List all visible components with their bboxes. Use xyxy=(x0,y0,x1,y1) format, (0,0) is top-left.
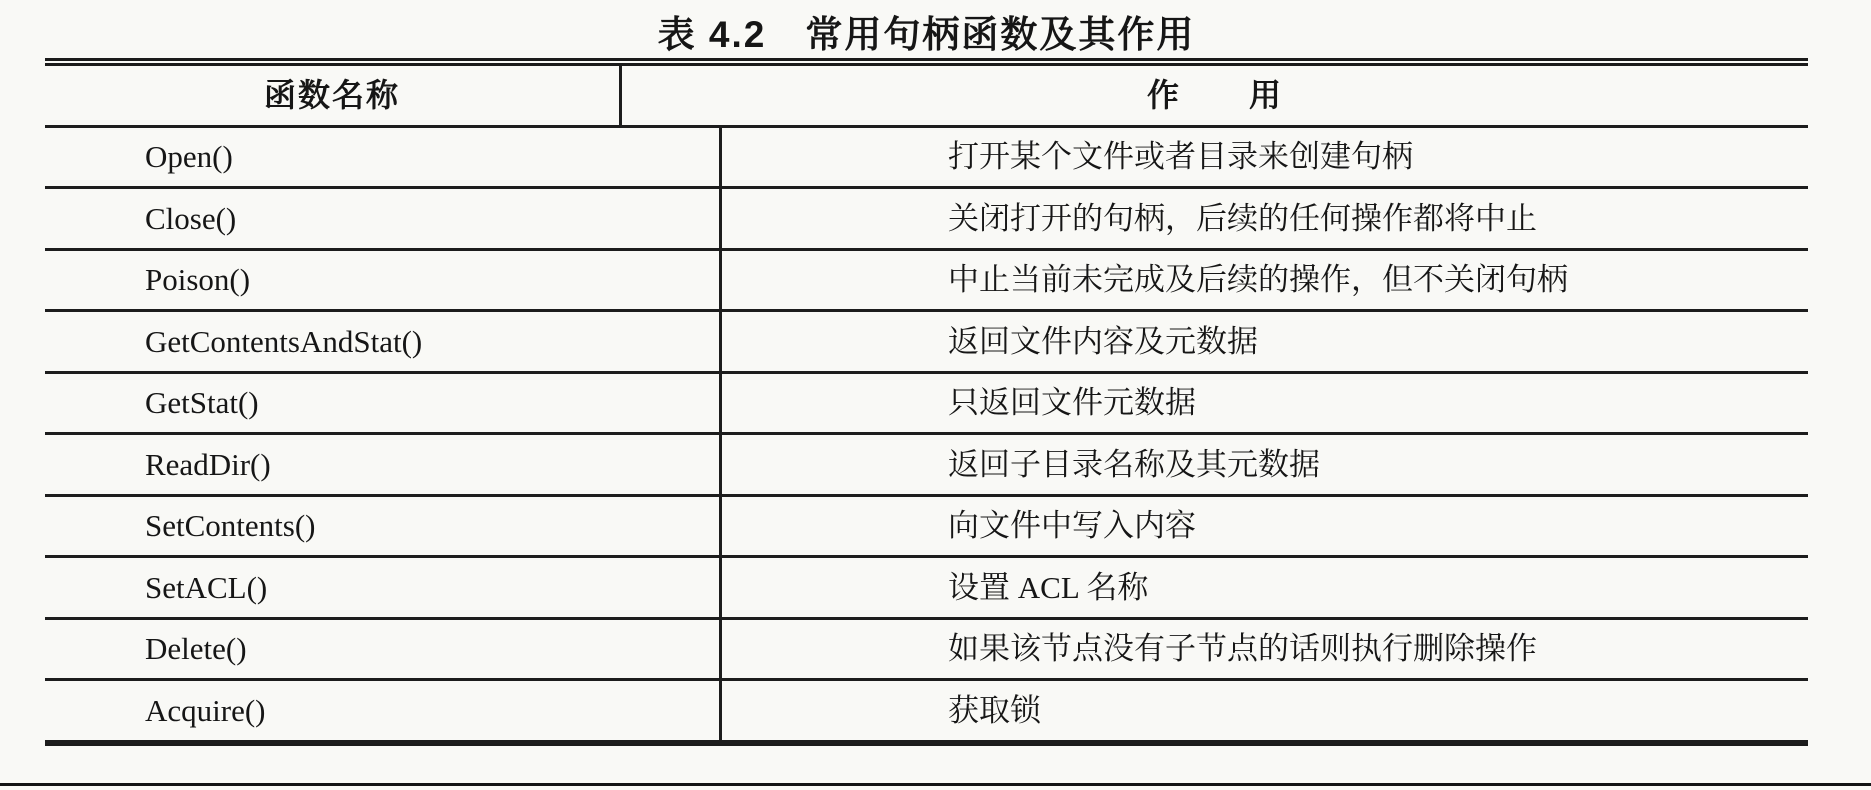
table-row: GetContentsAndStat() 返回文件内容及元数据 xyxy=(45,312,1808,374)
cell-function-name: Acquire() xyxy=(45,681,722,740)
cell-description: 返回子目录名称及其元数据 xyxy=(722,435,1808,494)
cell-description: 返回文件内容及元数据 xyxy=(722,312,1808,371)
table-row: Delete() 如果该节点没有子节点的话则执行删除操作 xyxy=(45,620,1808,682)
table-row: ReadDir() 返回子目录名称及其元数据 xyxy=(45,435,1808,497)
cell-description: 关闭打开的句柄，后续的任何操作都将中止 xyxy=(722,189,1808,248)
table-row: SetContents() 向文件中写入内容 xyxy=(45,497,1808,559)
cell-function-name: GetStat() xyxy=(45,374,722,433)
cell-function-name: GetContentsAndStat() xyxy=(45,312,722,371)
page-bottom-rule xyxy=(0,783,1871,786)
cell-function-name: ReadDir() xyxy=(45,435,722,494)
handle-functions-table: 函数名称 作 用 Open() 打开某个文件或者目录来创建句柄 Close() … xyxy=(45,58,1808,746)
table-row: Poison() 中止当前未完成及后续的操作，但不关闭句柄 xyxy=(45,251,1808,313)
cell-function-name: Delete() xyxy=(45,620,722,679)
scanned-book-page: 表 4.2 常用句柄函数及其作用 函数名称 作 用 Open() 打开某个文件或… xyxy=(0,0,1871,790)
table-row: Acquire() 获取锁 xyxy=(45,681,1808,744)
cell-description: 如果该节点没有子节点的话则执行删除操作 xyxy=(722,620,1808,679)
cell-description: 打开某个文件或者目录来创建句柄 xyxy=(722,128,1808,187)
table-row: GetStat() 只返回文件元数据 xyxy=(45,374,1808,436)
cell-function-name: Close() xyxy=(45,189,722,248)
cell-description: 设置 ACL 名称 xyxy=(722,558,1808,617)
header-cell-function-name: 函数名称 xyxy=(45,66,622,125)
cell-function-name: Poison() xyxy=(45,251,722,310)
table-row: SetACL() 设置 ACL 名称 xyxy=(45,558,1808,620)
cell-function-name: Open() xyxy=(45,128,722,187)
table-title: 表 4.2 常用句柄函数及其作用 xyxy=(45,4,1808,58)
table-row: Close() 关闭打开的句柄，后续的任何操作都将中止 xyxy=(45,189,1808,251)
cell-description: 中止当前未完成及后续的操作，但不关闭句柄 xyxy=(722,251,1808,310)
cell-function-name: SetACL() xyxy=(45,558,722,617)
cell-description: 只返回文件元数据 xyxy=(722,374,1808,433)
cell-description: 向文件中写入内容 xyxy=(722,497,1808,556)
header-cell-purpose: 作 用 xyxy=(622,66,1808,125)
table-row: Open() 打开某个文件或者目录来创建句柄 xyxy=(45,128,1808,190)
cell-description: 获取锁 xyxy=(722,681,1808,740)
cell-function-name: SetContents() xyxy=(45,497,722,556)
table-header-row: 函数名称 作 用 xyxy=(45,66,1808,128)
